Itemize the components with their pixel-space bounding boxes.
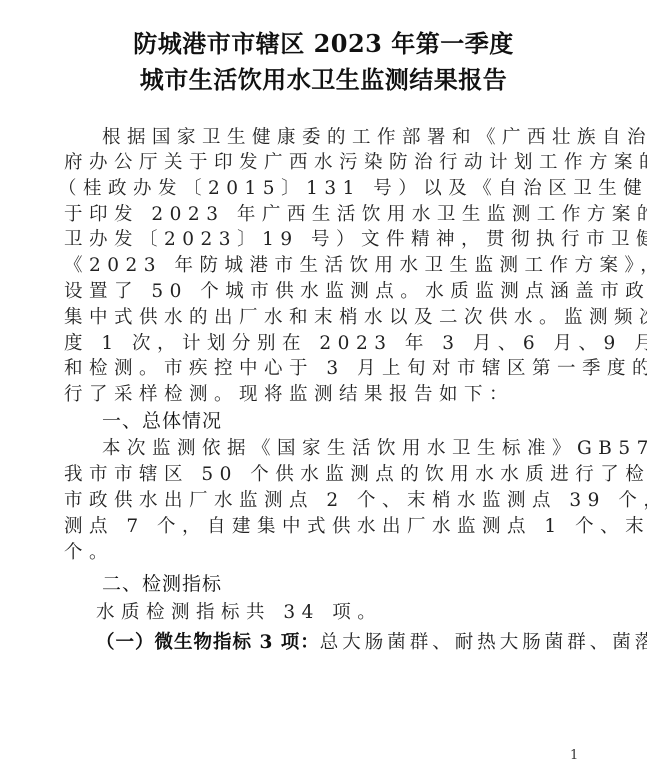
intro-paragraph-line: 度 1 次，计划分别在 2023 年 3 月、6 月、9 月和 11 月进行采样 xyxy=(64,332,584,356)
section1-paragraph-line: 本次监测依据《国家生活饮用水卫生标准》GB5749-2006 对 xyxy=(102,437,622,461)
intro-paragraph-line: 《2023 年防城港市生活饮用水卫生监测工作方案》，在市辖区 xyxy=(64,254,584,278)
section-heading-indicators: 二、检测指标 xyxy=(102,572,222,596)
document-title-line-2: 城市生活饮用水卫生监测结果报告 xyxy=(0,60,647,95)
intro-paragraph-line: 行了采样检测。现将监测结果报告如下： xyxy=(64,383,584,407)
intro-paragraph-line: 集中式供水的出厂水和末梢水以及二次供水。监测频次为每个季 xyxy=(64,306,584,330)
page-number: 1 xyxy=(570,748,578,763)
section1-paragraph-line: 个。 xyxy=(64,541,584,565)
section1-paragraph-line: 市政供水出厂水监测点 2 个、末梢水监测点 39 个，二次供水监 xyxy=(64,489,584,513)
section1-paragraph-line: 测点 7 个，自建集中式供水出厂水监测点 1 个、末梢水监测点 1 xyxy=(64,515,584,539)
subsection-text: 总大肠菌群、耐热大肠菌群、菌落 xyxy=(320,632,647,653)
intro-paragraph-line: 设置了 50 个城市供水监测点。水质监测点涵盖市政供水、自建 xyxy=(64,280,584,304)
section-heading-overview: 一、总体情况 xyxy=(102,409,222,433)
subsection-label: （一）微生物指标 3 项： xyxy=(96,632,320,653)
intro-paragraph-line: （桂政办发〔2015〕131 号）以及《自治区卫生健康委办公室关 xyxy=(58,177,578,201)
intro-paragraph-line: 卫办发〔2023〕19 号）文件精神，贯彻执行市卫健委组织制定的 xyxy=(64,228,584,252)
intro-paragraph-line: 和检测。市疾控中心于 3 月上旬对市辖区第一季度的城市供水进 xyxy=(64,357,584,381)
intro-paragraph-line: 府办公厅关于印发广西水污染防治行动计划工作方案的通知》 xyxy=(64,151,584,175)
intro-paragraph-line: 于印发 2023 年广西生活饮用水卫生监测工作方案的通知》（桂 xyxy=(64,203,584,227)
document-title-line-1: 防城港市市辖区 2023 年第一季度 xyxy=(0,24,647,59)
section1-paragraph-line: 我市市辖区 50 个供水监测点的饮用水水质进行了检测。其中： xyxy=(64,463,584,487)
intro-paragraph-line: 根据国家卫生健康委的工作部署和《广西壮族自治区人民政 xyxy=(102,126,622,150)
subsection-microbial-indicators: （一）微生物指标 3 项：总大肠菌群、耐热大肠菌群、菌落 xyxy=(96,631,647,655)
section2-paragraph-line: 水质检测指标共 34 项。 xyxy=(96,601,616,625)
